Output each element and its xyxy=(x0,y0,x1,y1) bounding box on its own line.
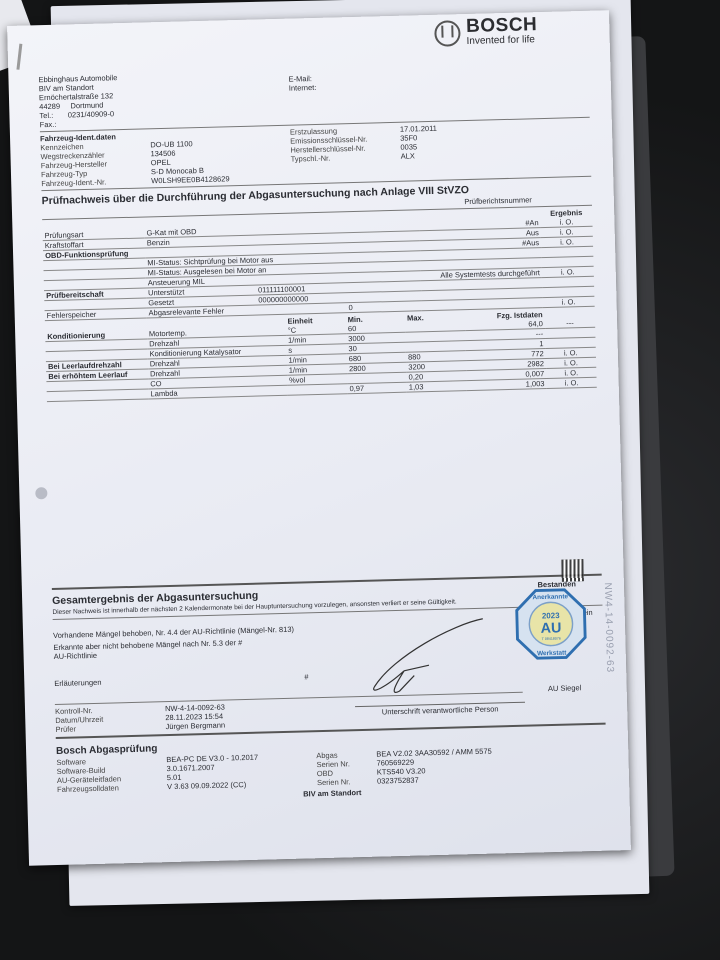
remarks-value: # xyxy=(304,672,308,681)
workshop-address: Ebbinghaus Automobile BIV am Standort Er… xyxy=(38,69,289,130)
result: i. O. xyxy=(546,377,596,388)
measurement-table: EinheitMin.Max.Fzg. Istdaten Konditionie… xyxy=(45,309,597,402)
label: Fahrzeugsolldaten xyxy=(57,782,167,794)
seal-code: T 08418076 xyxy=(542,637,561,641)
obd-table: Ergebnis PrüfungsartG-Kat mit OBD#Ani. O… xyxy=(42,208,594,321)
seal-center: AU xyxy=(540,620,561,637)
bosch-test-section: Bosch Abgasprüfung SoftwareBEA-PC DE V3.… xyxy=(56,729,607,805)
value: 0 xyxy=(348,303,352,312)
side-number: NW4-14-0092-63 xyxy=(602,582,615,673)
qr-code-icon xyxy=(561,559,584,582)
seal-year: 2023 xyxy=(542,611,560,620)
defects-not-fixed-value: # xyxy=(238,638,242,647)
staple xyxy=(16,44,22,70)
seal-bottom: Werkstatt xyxy=(537,650,567,658)
au-certificate-sheet: BOSCH Invented for life Ebbinghaus Autom… xyxy=(7,10,631,865)
seal-label: AU Siegel xyxy=(525,683,606,722)
min: 0,97 xyxy=(347,382,407,394)
value: 000000000000 xyxy=(258,294,308,304)
contact-block: E-Mail: Internet: xyxy=(288,62,559,123)
brand-name: BOSCH xyxy=(466,16,538,36)
unit xyxy=(287,384,347,396)
punch-hole xyxy=(35,487,47,499)
vehicle-registration: Erstzulassung17.01.2011 Emissionsschlüss… xyxy=(290,121,561,182)
bosch-brand: BOSCH Invented for life xyxy=(434,16,538,48)
label: Serien Nr. xyxy=(317,777,377,788)
result: i. O. xyxy=(543,296,595,307)
signature-line: Unterschrift verantwortliche Person xyxy=(355,702,525,726)
max: 1,03 xyxy=(407,381,467,393)
seal-top: Anerkannte xyxy=(532,593,568,601)
actual: 1,003 xyxy=(466,379,547,391)
vehicle-ident: Fahrzeug-Ident.daten KennzeichenDO-UB 11… xyxy=(40,128,291,189)
document-body: Ebbinghaus Automobile BIV am Standort Er… xyxy=(38,61,596,402)
inspector-label: Prüfer xyxy=(55,722,165,734)
bosch-logo-icon xyxy=(434,20,461,47)
label: Fehlerspeicher xyxy=(45,308,147,321)
au-seal-icon: 2023 AU T 08418076 Anerkannte Werkstatt xyxy=(514,587,588,661)
remarks-label: Erläuterungen xyxy=(54,672,304,688)
brand-tagline: Invented for life xyxy=(466,34,537,47)
value: 0323752837 xyxy=(377,776,419,786)
signature-icon xyxy=(333,612,535,697)
value: 011111100001 xyxy=(258,284,306,294)
